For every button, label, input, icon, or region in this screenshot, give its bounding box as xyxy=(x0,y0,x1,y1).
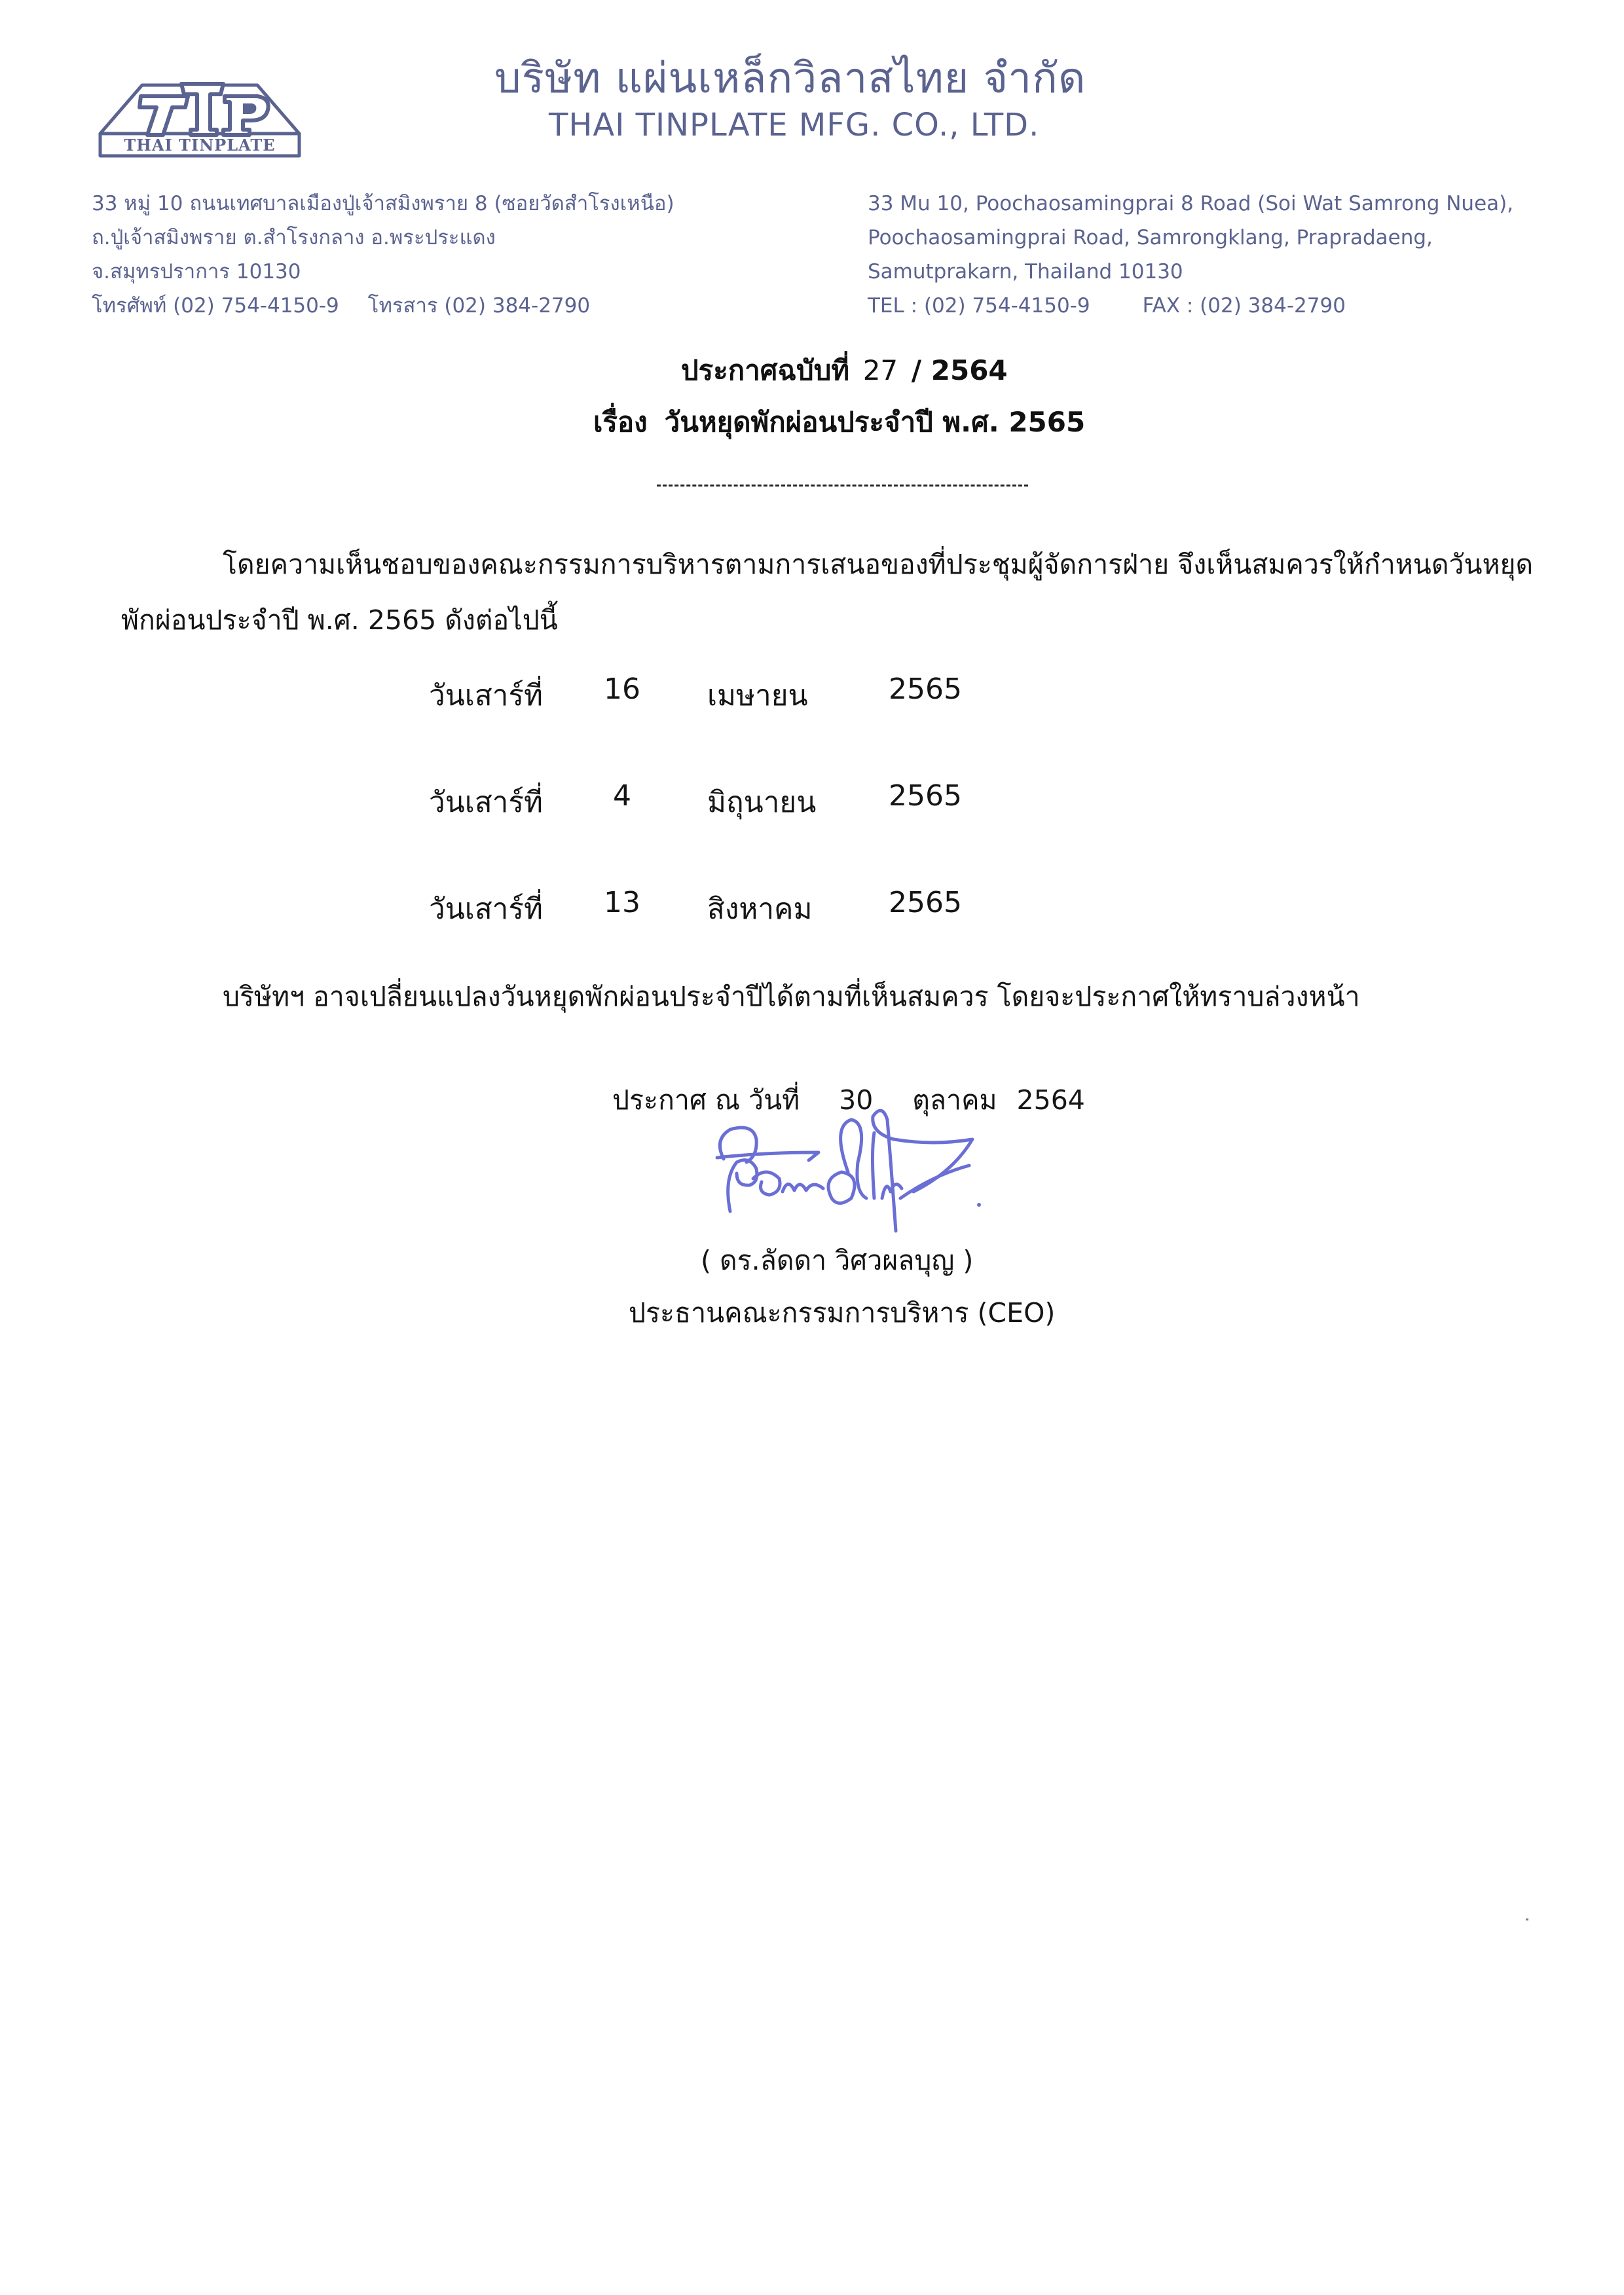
announcement-number: ประกาศฉบับที่ 27 / 2564 xyxy=(681,349,1008,392)
company-name-english: THAI TINPLATE MFG. CO., LTD. xyxy=(549,107,1039,143)
holiday-day-label: วันเสาร์ที่ xyxy=(429,886,543,932)
address-thai: 33 หมู่ 10 ถนนเทศบาลเมืองปู่เจ้าสมิงพราย… xyxy=(92,187,674,323)
holiday-day-label: วันเสาร์ที่ xyxy=(429,779,543,825)
announcement-number-separator: / xyxy=(912,354,921,386)
holiday-month: สิงหาคม xyxy=(707,886,813,932)
ttp-logo-icon: THAI TINPLATE xyxy=(95,60,304,158)
contact-thai: โทรศัพท์ (02) 754-4150-9โทรสาร (02) 384-… xyxy=(92,289,674,323)
holiday-day: 16 xyxy=(593,672,652,706)
holiday-month: มิถุนายน xyxy=(707,779,816,825)
holiday-month: เมษายน xyxy=(707,672,808,718)
change-notice-paragraph: บริษัทฯ อาจเปลี่ยนแปลงวันหยุดพักผ่อนประจ… xyxy=(223,976,1360,1018)
intro-paragraph-line2: พักผ่อนประจำปี พ.ศ. 2565 ดังต่อไปนี้ xyxy=(121,599,558,642)
signer-title: ประธานคณะกรรมการบริหาร (CEO) xyxy=(629,1292,1055,1334)
address-english-line2: Poochaosamingprai Road, Samrongklang, Pr… xyxy=(868,221,1513,255)
announcement-number-value: 27 xyxy=(863,354,898,386)
logo-caption: THAI TINPLATE xyxy=(124,136,275,155)
announcement-number-label: ประกาศฉบับที่ xyxy=(681,354,849,386)
signer-name: ( ดร.ลัดดา วิศวผลบุญ ) xyxy=(701,1239,973,1282)
dashed-divider xyxy=(657,485,1028,487)
fax-english: FAX : (02) 384-2790 xyxy=(1143,289,1346,323)
holiday-year: 2565 xyxy=(889,886,962,919)
fax-thai: โทรสาร (02) 384-2790 xyxy=(368,289,590,323)
handwritten-signature-icon xyxy=(710,1100,1038,1244)
scan-speck xyxy=(1526,1919,1528,1920)
holiday-day: 13 xyxy=(593,886,652,919)
phone-thai: โทรศัพท์ (02) 754-4150-9 xyxy=(92,289,339,323)
subject-label: เรื่อง xyxy=(593,406,648,438)
address-english: 33 Mu 10, Poochaosamingprai 8 Road (Soi … xyxy=(868,187,1513,323)
company-name-thai: บริษัท แผ่นเหล็กวิลาสไทย จำกัด xyxy=(494,45,1086,111)
phone-english: TEL : (02) 754-4150-9 xyxy=(868,289,1090,323)
address-english-line1: 33 Mu 10, Poochaosamingprai 8 Road (Soi … xyxy=(868,187,1513,221)
holiday-row: วันเสาร์ที่ 13 สิงหาคม 2565 xyxy=(0,886,1624,925)
announcement-number-year: 2564 xyxy=(931,354,1008,386)
holiday-row: วันเสาร์ที่ 4 มิถุนายน 2565 xyxy=(0,779,1624,818)
intro-paragraph-line1: โดยความเห็นชอบของคณะกรรมการบริหารตามการเ… xyxy=(223,543,1533,586)
announcement-subject: เรื่องวันหยุดพักผ่อนประจำปี พ.ศ. 2565 xyxy=(593,401,1085,444)
address-thai-line2: ถ.ปู่เจ้าสมิงพราย ต.สำโรงกลาง อ.พระประแด… xyxy=(92,221,674,255)
holiday-row: วันเสาร์ที่ 16 เมษายน 2565 xyxy=(0,672,1624,712)
holiday-day: 4 xyxy=(593,779,652,813)
contact-english: TEL : (02) 754-4150-9FAX : (02) 384-2790 xyxy=(868,289,1513,323)
holiday-year: 2565 xyxy=(889,672,962,706)
holiday-day-label: วันเสาร์ที่ xyxy=(429,672,543,718)
holiday-year: 2565 xyxy=(889,779,962,813)
address-english-line3: Samutprakarn, Thailand 10130 xyxy=(868,255,1513,289)
subject-text: วันหยุดพักผ่อนประจำปี พ.ศ. 2565 xyxy=(665,406,1086,438)
address-thai-line1: 33 หมู่ 10 ถนนเทศบาลเมืองปู่เจ้าสมิงพราย… xyxy=(92,187,674,221)
address-thai-line3: จ.สมุทรปราการ 10130 xyxy=(92,255,674,289)
